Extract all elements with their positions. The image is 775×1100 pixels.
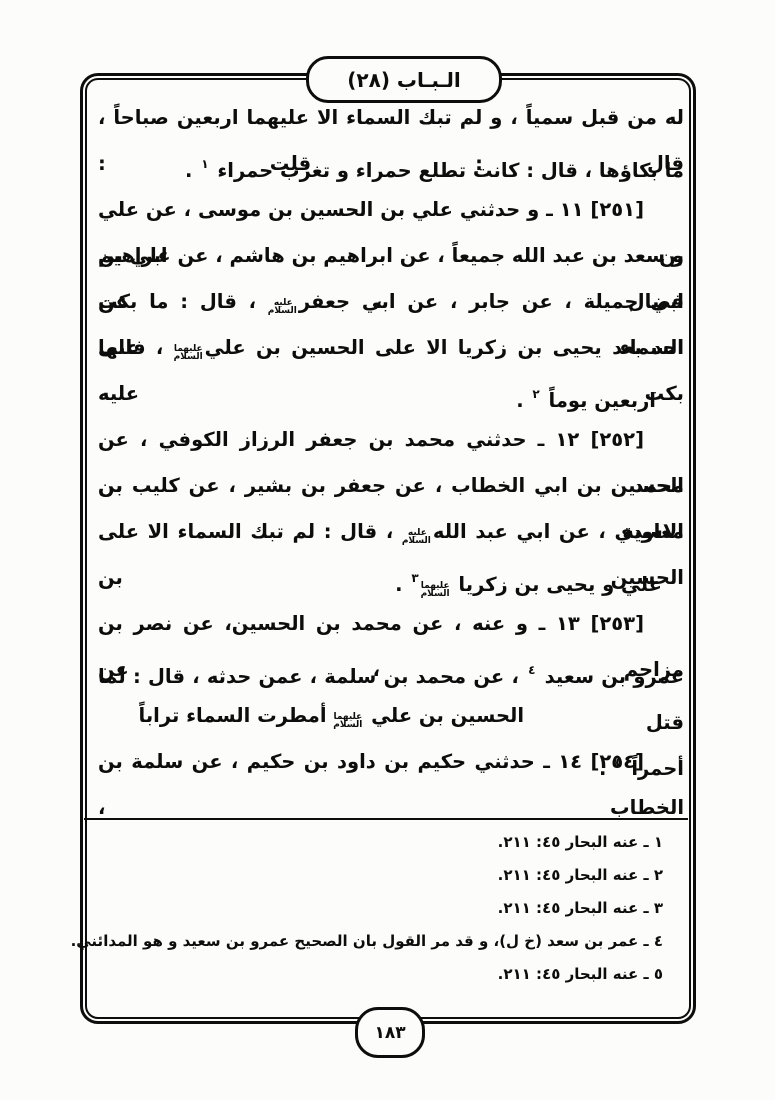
alayhima-salam-symbol: عليهما السلام — [423, 582, 450, 599]
body-line: الحسين بن علي عليهما السلام أمطرت السماء… — [98, 693, 684, 739]
footnote-marker: ٤ — [526, 663, 537, 677]
alayhi-salam-symbol: عليه السلام — [404, 529, 431, 546]
page-number-badge: ١٨٣ — [355, 1007, 425, 1058]
body-line: عمرو بن سعيد ٤ ، عن محمد بن سلمة ، عمن ح… — [98, 647, 684, 693]
footnote-line: ٥ ـ عنه البحار ٤٥: ٢١١. — [100, 958, 663, 991]
chapter-title: الـبـاب (٢٨) — [347, 68, 460, 92]
chapter-header-badge: الـبـاب (٢٨) — [306, 56, 502, 103]
body-line: الحسين بن ابي الخطاب ، عن جعفر بن بشير ،… — [98, 463, 684, 509]
footnote-marker: ١ — [199, 157, 210, 171]
alayhi-salam-symbol: عليه السلام — [270, 299, 297, 316]
footnote-line: ١ ـ عنه البحار ٤٥: ٢١١. — [100, 826, 663, 859]
body-line: الاسدي ، عن ابي عبد اللهعليه السلام ، قا… — [98, 509, 684, 555]
book-page: { "colors": { "ink": "#0d0d0d", "paper":… — [0, 0, 775, 1100]
footnote-line: ٢ ـ عنه البحار ٤٥: ٢١١. — [100, 859, 663, 892]
alayhima-salam-symbol: عليهما السلام — [335, 713, 362, 730]
body-line-hadith-start: [٢٥٤] ١٤ ـ حدثني حكيم بن داود بن حكيم ، … — [98, 739, 684, 785]
body-line: ابي جميلة ، عن جابر ، عن ابي جعفرعليه ال… — [98, 279, 684, 325]
alayhima-salam-symbol: عليهما السلام — [176, 345, 203, 362]
page-number: ١٨٣ — [374, 1023, 405, 1043]
body-line-hadith-start: [٢٥٢] ١٢ ـ حدثني محمد بن جعفر الرزاز الك… — [98, 417, 684, 463]
body-line: ما بكاؤها ، قال : كانت تطلع حمراء و تغرب… — [98, 141, 684, 187]
footnote-line: ٣ ـ عنه البحار ٤٥: ٢١١. — [100, 892, 663, 925]
body-line-hadith-start: [٢٥١] ١١ ـ و حدثني علي بن الحسين بن موسى… — [98, 187, 684, 233]
footnote-separator-line — [84, 818, 688, 820]
body-line-hadith-start: [٢٥٣] ١٣ ـ و عنه ، عن محمد بن الحسين، عن… — [98, 601, 684, 647]
body-line: احد بعد يحيى بن زكريا الا على الحسين بن … — [98, 325, 684, 371]
footnote-marker: ٣ — [409, 571, 420, 585]
footnotes-block: ١ ـ عنه البحار ٤٥: ٢١١. ٢ ـ عنه البحار ٤… — [100, 826, 675, 991]
main-text: له من قبل سمياً ، و لم تبك السماء الا عل… — [98, 95, 684, 785]
footnote-marker: ٢ — [530, 387, 541, 401]
footnote-line: ٤ ـ عمر بن سعد (خ ل)، و قد مر القول بان … — [100, 925, 663, 958]
body-line: و سعد بن عبد الله جميعاً ، عن ابراهيم بن… — [98, 233, 684, 279]
